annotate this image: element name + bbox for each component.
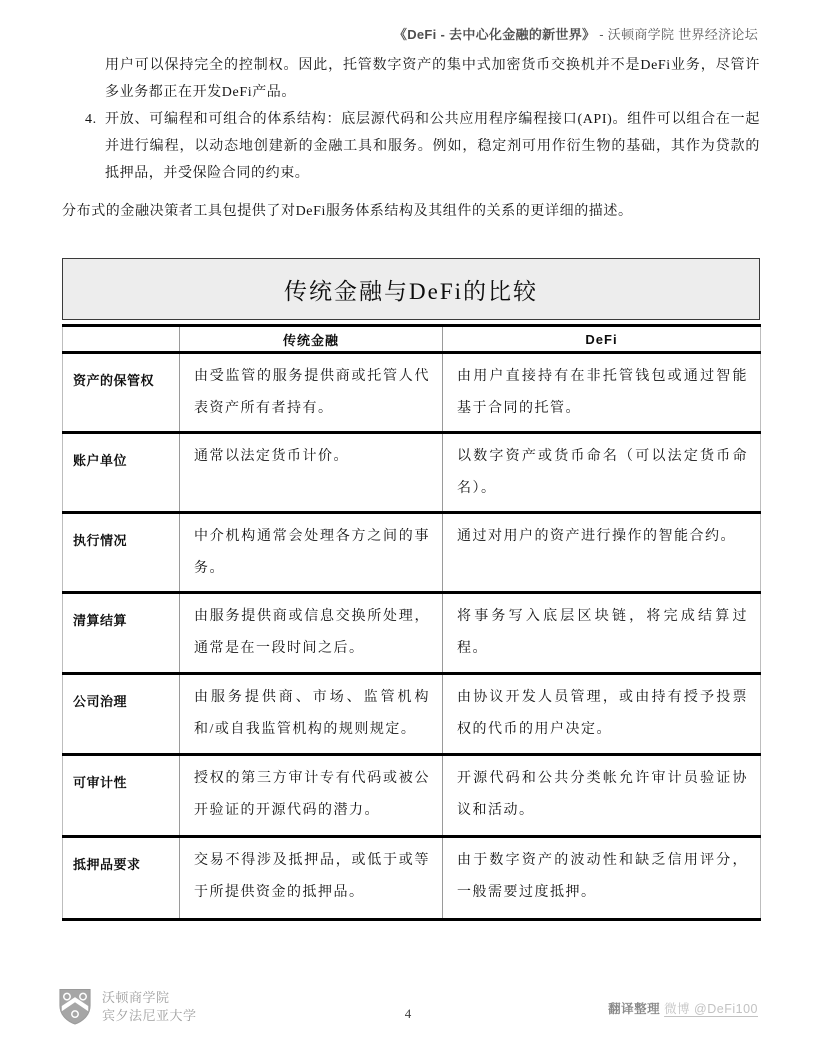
comparison-table-section: 传统金融与DeFi的比较 传统金融 DeFi 资产的保管权 由受监管的服务提供商… [62, 258, 760, 921]
comparison-table: 传统金融 DeFi 资产的保管权 由受监管的服务提供商或托管人代表资产所有者持有… [62, 324, 761, 921]
table-title: 传统金融与DeFi的比较 [62, 258, 760, 320]
traditional-cell: 授权的第三方审计专有代码或被公开验证的开源代码的潜力。 [180, 755, 443, 837]
table-row: 执行情况 中介机构通常会处理各方之间的事务。 通过对用户的资产进行操作的智能合约… [63, 513, 761, 593]
table-row: 可审计性 授权的第三方审计专有代码或被公开验证的开源代码的潜力。 开源代码和公共… [63, 755, 761, 837]
row-label: 资产的保管权 [63, 353, 180, 433]
row-label: 执行情况 [63, 513, 180, 593]
paragraph-closing: 分布式的金融决策者工具包提供了对DeFi服务体系结构及其组件的关系的更详细的描述… [62, 198, 760, 225]
table-row: 账户单位 通常以法定货币计价。 以数字资产或货币命名（可以法定货币命名）。 [63, 433, 761, 513]
doc-title: 《DeFi - 去中心化金融的新世界》 [394, 27, 595, 42]
row-label: 可审计性 [63, 755, 180, 837]
numbered-list-item-4: 4. 开放、可编程和可组合的体系结构：底层源代码和公共应用程序编程接口(API)… [85, 106, 760, 187]
defi-cell: 以数字资产或货币命名（可以法定货币命名）。 [443, 433, 761, 513]
footer-credit: 翻译整理 微博 @DeFi100 [608, 999, 758, 1017]
list-number: 4. [85, 106, 105, 187]
defi-cell: 由用户直接持有在非托管钱包或通过智能基于合同的托管。 [443, 353, 761, 433]
body-content: 用户可以保持完全的控制权。因此，托管数字资产的集中式加密货币交换机并不是DeFi… [62, 52, 760, 225]
traditional-cell: 由服务提供商或信息交换所处理，通常是在一段时间之后。 [180, 593, 443, 674]
table-header-row: 传统金融 DeFi [63, 326, 761, 353]
table-row: 抵押品要求 交易不得涉及抵押品，或低于或等于所提供资金的抵押品。 由于数字资产的… [63, 837, 761, 920]
traditional-cell: 交易不得涉及抵押品，或低于或等于所提供资金的抵押品。 [180, 837, 443, 920]
running-header: 《DeFi - 去中心化金融的新世界》 - 沃顿商学院 世界经济论坛 [394, 24, 758, 43]
column-header-empty [63, 326, 180, 353]
list-item-text: 开放、可编程和可组合的体系结构：底层源代码和公共应用程序编程接口(API)。组件… [105, 106, 760, 187]
traditional-cell: 中介机构通常会处理各方之间的事务。 [180, 513, 443, 593]
defi-cell: 通过对用户的资产进行操作的智能合约。 [443, 513, 761, 593]
column-header-defi: DeFi [443, 326, 761, 353]
row-label: 清算结算 [63, 593, 180, 674]
traditional-cell: 通常以法定货币计价。 [180, 433, 443, 513]
row-label: 抵押品要求 [63, 837, 180, 920]
row-label: 账户单位 [63, 433, 180, 513]
paragraph-continuation: 用户可以保持完全的控制权。因此，托管数字资产的集中式加密货币交换机并不是DeFi… [105, 52, 760, 106]
defi-cell: 由协议开发人员管理，或由持有授予投票权的代币的用户决定。 [443, 674, 761, 755]
table-row: 公司治理 由服务提供商、市场、监管机构和/或自我监管机构的规则规定。 由协议开发… [63, 674, 761, 755]
column-header-traditional: 传统金融 [180, 326, 443, 353]
credit-label: 翻译整理 [608, 1002, 660, 1016]
row-label: 公司治理 [63, 674, 180, 755]
table-row: 清算结算 由服务提供商或信息交换所处理，通常是在一段时间之后。 将事务写入底层区… [63, 593, 761, 674]
defi-cell: 由于数字资产的波动性和缺乏信用评分，一般需要过度抵押。 [443, 837, 761, 920]
doc-subtitle: - 沃顿商学院 世界经济论坛 [595, 27, 758, 42]
traditional-cell: 由服务提供商、市场、监管机构和/或自我监管机构的规则规定。 [180, 674, 443, 755]
defi-cell: 开源代码和公共分类帐允许审计员验证协议和活动。 [443, 755, 761, 837]
document-page: 《DeFi - 去中心化金融的新世界》 - 沃顿商学院 世界经济论坛 用户可以保… [0, 0, 816, 1056]
defi-cell: 将事务写入底层区块链，将完成结算过程。 [443, 593, 761, 674]
footer-org-line1: 沃顿商学院 [102, 989, 197, 1007]
traditional-cell: 由受监管的服务提供商或托管人代表资产所有者持有。 [180, 353, 443, 433]
table-row: 资产的保管权 由受监管的服务提供商或托管人代表资产所有者持有。 由用户直接持有在… [63, 353, 761, 433]
credit-weibo-link[interactable]: 微博 @DeFi100 [664, 1002, 758, 1016]
